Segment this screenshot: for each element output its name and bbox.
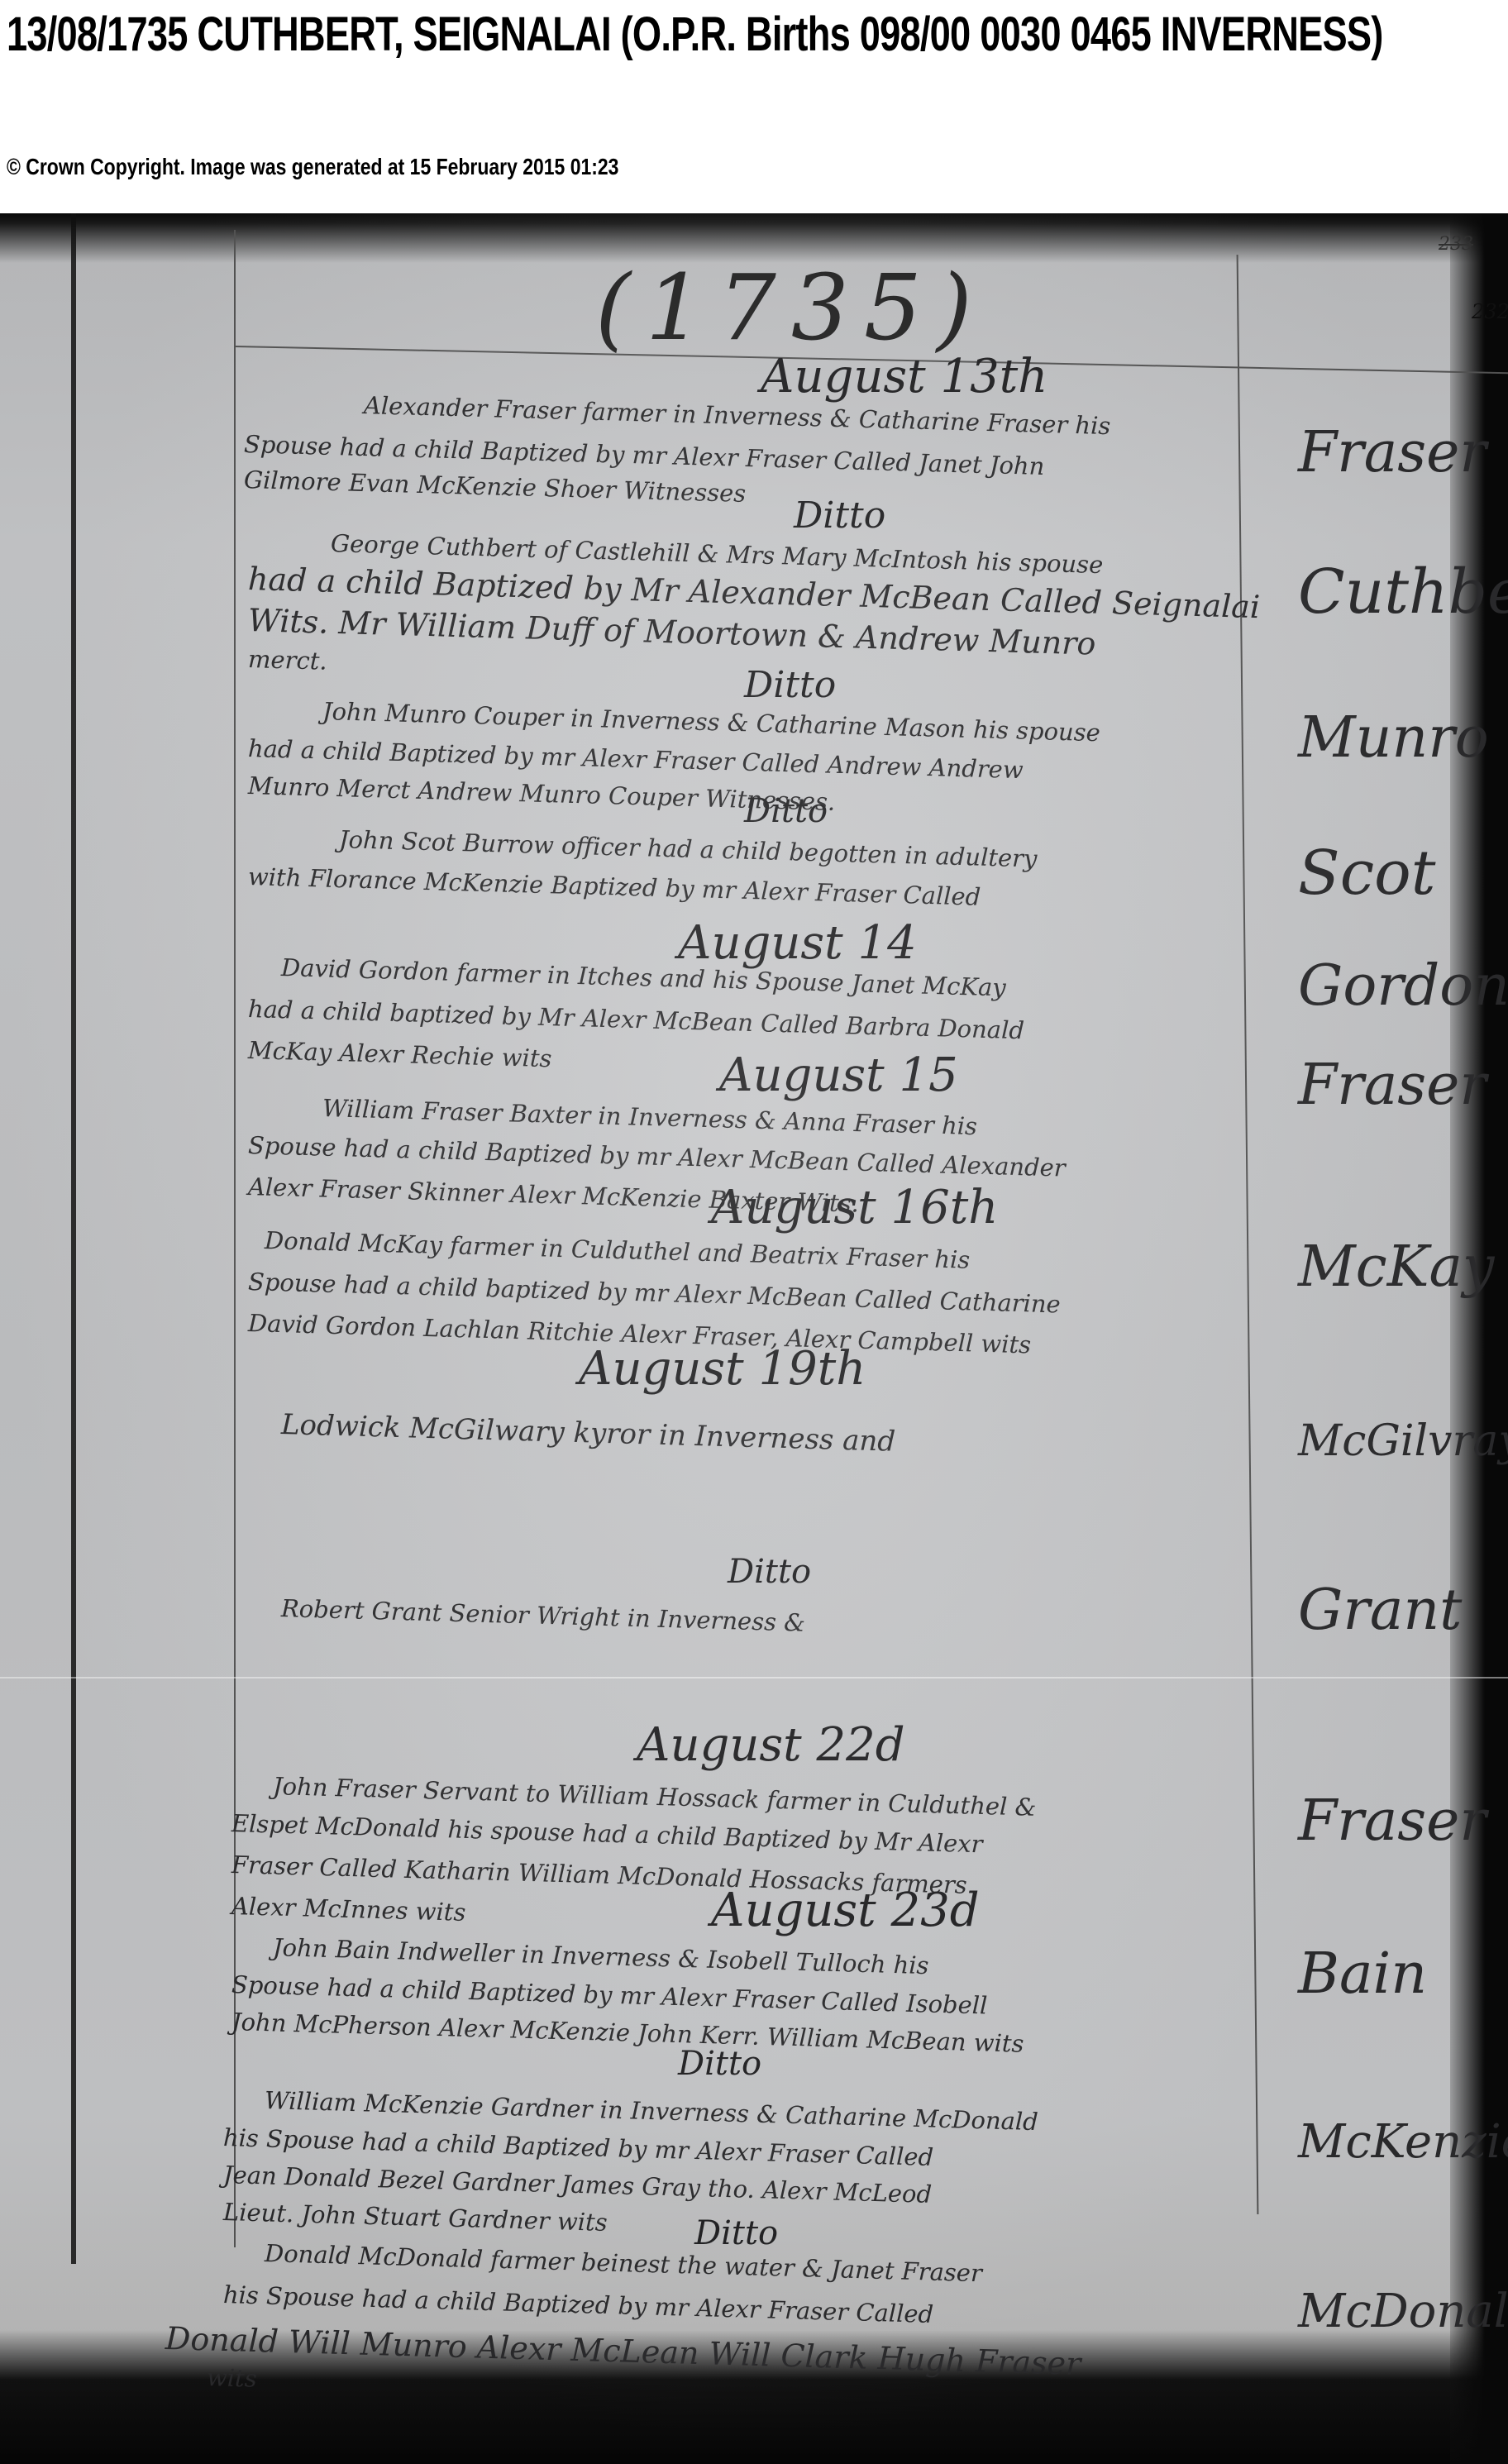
entry-date: August 22d [637,1718,905,1772]
entry-line: Donald McDonald farmer beinest the water… [265,2239,983,2287]
entry-line: Donald Will Munro Alexr McLean Will Clar… [165,2320,1081,2382]
entry-line: wits [207,2363,258,2393]
page-number-crossed: 233 [1439,234,1473,255]
entry-date: Ditto [744,792,828,830]
page-number: 232 [1472,300,1508,323]
entry-date: August 13th [761,350,1047,404]
entry-date: August 16th [711,1181,998,1234]
record-header: 13/08/1735 CUTHBERT, SEIGNALAI (O.P.R. B… [7,0,1495,69]
entry-line: John Scot Burrow officer had a child beg… [339,825,1038,873]
entry-line: Spouse had a child baptized by mr Alexr … [248,1268,1062,1318]
binding-gutter [71,213,76,2264]
margin-surname: McKay [1298,1234,1494,1300]
entry-line: Robert Grant Senior Wright in Inverness … [281,1594,806,1637]
margin-surname: McGilvray [1298,1416,1508,1466]
margin-surname: Munro [1298,705,1489,771]
margin-surname: Fraser [1298,1788,1487,1854]
margin-surname: McDonald [1298,2285,1508,2338]
entry-date: Ditto [694,2214,778,2252]
entry-date: Ditto [728,1553,811,1591]
right-margin-rule [1237,255,1259,2214]
entry-line: with Florance McKenzie Baptized by mr Al… [248,862,981,911]
entry-date: Ditto [744,664,836,706]
margin-surname: Gordon [1298,953,1508,1019]
page-fold [0,1677,1508,1678]
margin-surname: Fraser [1298,1053,1487,1118]
entry-line: his Spouse had a child Baptized by mr Al… [223,2280,934,2328]
copyright-notice: © Crown Copyright. Image was generated a… [7,154,618,180]
record-title: 13/08/1735 CUTHBERT, SEIGNALAI (O.P.R. B… [7,0,1490,69]
entry-line: Lodwick McGilwary kyror in Inverness and [280,1408,895,1459]
margin-surname: Fraser [1298,420,1487,485]
entry-date: August 15 [719,1048,958,1102]
register-year: (1735) [595,255,987,361]
entry-date: August 19th [579,1342,866,1396]
entry-date: August 23d [711,1884,980,1937]
entry-line: McKay Alexr Rechie wits [248,1036,552,1072]
entry-line: had a child baptized by Mr Alexr McBean … [248,995,1025,1044]
entry-date: Ditto [794,494,885,537]
entry-line: John Bain Indweller in Inverness & Isobe… [273,1933,929,1979]
entry-date: Ditto [678,2045,761,2083]
margin-surname: Bain [1298,1941,1427,2007]
register-page-scan: (1735) 233 232 August 13th Alexander Fra… [0,213,1508,2464]
margin-surname: Scot [1298,838,1435,909]
entry-date: August 14 [678,916,917,970]
left-margin-rule [234,230,236,2247]
entry-line: Alexr McInnes wits [231,1892,466,1927]
margin-surname: Cuthbert [1298,556,1508,628]
entry-line: merct. [248,645,328,676]
margin-surname: Grant [1298,1578,1463,1643]
entry-line: Lieut. John Stuart Gardner wits [223,2198,608,2237]
entry-line: Gilmore Evan McKenzie Shoer Witnesses [244,466,747,508]
margin-surname: McKenzie [1298,2115,1508,2169]
